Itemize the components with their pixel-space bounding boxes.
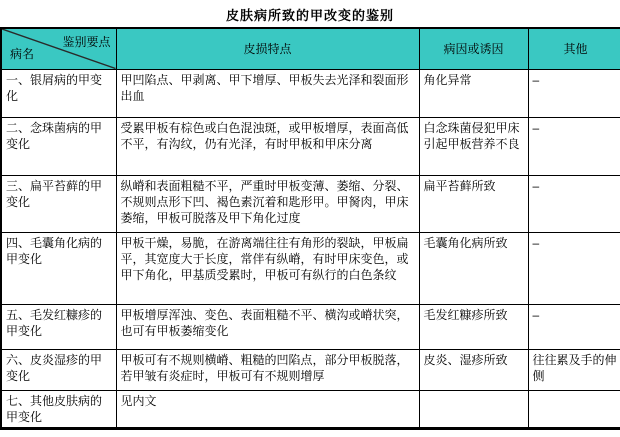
corner-header-cell: 鉴别要点 病名 (1, 28, 116, 69)
features-cell: 甲板可有不规则横嵴、粗糙的凹陷点，部分甲板脱落，若甲皱有炎症时，甲板可有不规则增… (116, 349, 419, 390)
cause-cell (419, 390, 528, 428)
header-row: 鉴别要点 病名 皮损特点 病因或诱因 其他 (1, 28, 620, 69)
disease-name-cell: 四、毛囊角化病的甲变化 (1, 232, 116, 304)
cause-cell: 毛囊角化病所致 (419, 232, 528, 304)
cause-cell: 毛发红糠疹所致 (419, 304, 528, 349)
other-cell: – (528, 304, 620, 349)
page-title: 皮肤病所致的甲改变的鉴别 (0, 0, 620, 27)
cause-cell: 角化异常 (419, 69, 528, 117)
disease-name-cell: 三、扁平苔藓的甲变化 (1, 175, 116, 232)
features-cell: 甲板增厚浑浊、变色、表面粗糙不平、横沟或嵴状突，也可有甲板萎缩变化 (116, 304, 419, 349)
features-cell: 甲凹陷点、甲剥离、甲下增厚、甲板失去光泽和裂面形出血 (116, 69, 419, 117)
other-cell: – (528, 232, 620, 304)
disease-name-cell: 六、皮炎湿疹的甲变化 (1, 349, 116, 390)
other-cell: – (528, 117, 620, 175)
features-cell: 甲板干燥，易脆，在游离端往往有角形的裂缺，甲板扁平，其宽度大于长度，常伴有纵嵴，… (116, 232, 419, 304)
page: 皮肤病所致的甲改变的鉴别 鉴别要点 病名 皮损特点 病因或诱因 其他 一、银屑病… (0, 0, 620, 437)
corner-label-criteria: 鉴别要点 (62, 34, 110, 50)
table-row: 四、毛囊角化病的甲变化 甲板干燥，易脆，在游离端往往有角形的裂缺，甲板扁平，其宽… (1, 232, 620, 304)
features-cell: 纵嵴和表面粗糙不平，严重时甲板变薄、萎缩、分裂、不规则点形下凹、褐色素沉着和匙形… (116, 175, 419, 232)
table-row: 二、念珠菌病的甲变化 受累甲板有棕色或白色混浊斑，或甲板增厚，表面高低不平，有沟… (1, 117, 620, 175)
disease-name-cell: 七、其他皮肤病的甲变化 (1, 390, 116, 428)
table-row: 六、皮炎湿疹的甲变化 甲板可有不规则横嵴、粗糙的凹陷点，部分甲板脱落，若甲皱有炎… (1, 349, 620, 390)
cause-cell: 白念珠菌侵犯甲床引起甲板营养不良 (419, 117, 528, 175)
table-row: 七、其他皮肤病的甲变化 见内文 (1, 390, 620, 428)
other-cell: – (528, 69, 620, 117)
table-row: 三、扁平苔藓的甲变化 纵嵴和表面粗糙不平，严重时甲板变薄、萎缩、分裂、不规则点形… (1, 175, 620, 232)
other-cell: – (528, 175, 620, 232)
other-cell (528, 390, 620, 428)
table-row: 一、银屑病的甲变化 甲凹陷点、甲剥离、甲下增厚、甲板失去光泽和裂面形出血 角化异… (1, 69, 620, 117)
column-header-other: 其他 (528, 28, 620, 69)
features-cell: 见内文 (116, 390, 419, 428)
features-cell: 受累甲板有棕色或白色混浊斑，或甲板增厚，表面高低不平，有沟纹，仍有光泽，有时甲板… (116, 117, 419, 175)
column-header-features: 皮损特点 (116, 28, 419, 69)
cause-cell: 皮炎、湿疹所致 (419, 349, 528, 390)
nail-changes-differential-table: 鉴别要点 病名 皮损特点 病因或诱因 其他 一、银屑病的甲变化 甲凹陷点、甲剥离… (0, 27, 620, 430)
disease-name-cell: 二、念珠菌病的甲变化 (1, 117, 116, 175)
disease-name-cell: 一、银屑病的甲变化 (1, 69, 116, 117)
corner-label-disease: 病名 (10, 46, 34, 62)
disease-name-cell: 五、毛发红糠疹的甲变化 (1, 304, 116, 349)
other-cell: 往往累及手的伸侧 (528, 349, 620, 390)
cause-cell: 扁平苔藓所致 (419, 175, 528, 232)
column-header-cause: 病因或诱因 (419, 28, 528, 69)
table-row: 五、毛发红糠疹的甲变化 甲板增厚浑浊、变色、表面粗糙不平、横沟或嵴状突，也可有甲… (1, 304, 620, 349)
